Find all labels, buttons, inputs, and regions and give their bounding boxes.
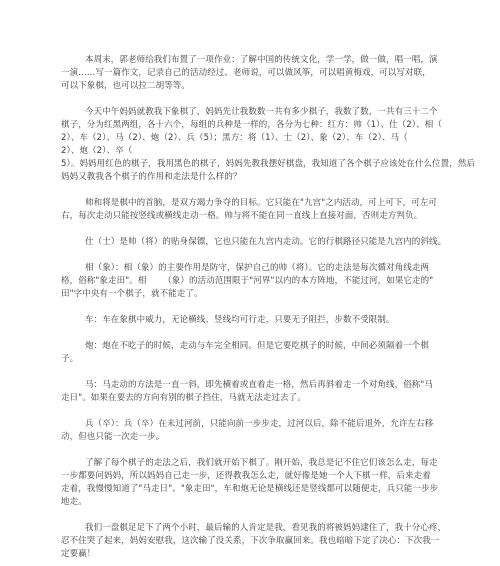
paragraph-playing: 了解了每个棋子的走法之后，我们就开始下棋了。刚开始，我总是记不住它们该怎么走，每… (61, 457, 462, 509)
text-line: 妈妈又教我各个棋子的作用和走法是什么样的？ (61, 171, 462, 184)
text-line: 2）、炮（2）、卒（ (61, 145, 462, 158)
text-line: 本周末，郭老师给我们布置了一项作业：了解中国的传统文化，学一学，做一做，唱一唱，… (61, 54, 462, 67)
text-line: 我们一盘棋足足下了两个小时，最后输的人肯定是我，看见我的将被妈妈逮住了，我十分心… (61, 522, 462, 535)
text-line: 今天中午妈妈就教我下象棋了，妈妈先让我数数一共有多少棋子，我数了数，一共有三十二… (61, 106, 462, 119)
paragraph-elephant: 相（象）：相（象）的主要作用是防守，保护自己的帅（将）。它的走法是每次循对角线走… (61, 262, 462, 301)
document-page: 本周末，郭老师给我们布置了一项作业：了解中国的传统文化，学一学，做一做，唱一唱，… (0, 0, 500, 566)
text-line: 动，但也只能一次走一步。 (61, 431, 462, 444)
paragraph-soldier: 兵（卒）：兵（卒）在未过河前，只能向前一步步走，过河以后，除不能后退外，允许左右… (61, 418, 462, 444)
text-line: 了解了每个棋子的走法之后，我们就开始下棋了。刚开始，我总是记不住它们该怎么走，每… (61, 457, 462, 470)
text-line: 2）、车（2）、马（2）、炮（2）、兵（5）；黑方：将（1）、士（2）、象（2）… (61, 132, 462, 145)
paragraph-chariot: 车：车在象棋中威力，无论横线、竖线均可行走，只要无子阻拦，步数不受限制。 (61, 314, 462, 327)
text-line: 地走。 (61, 496, 462, 509)
text-line: 子。 (61, 353, 462, 366)
text-line: 马：马走动的方法是一直一斜，即先横着或直着走一格，然后再斜着走一个对角线，俗称"… (61, 379, 462, 392)
text-line: 棋子，分为红黑两组，各十六个，每组的兵种是一样的，各分为七种：红方：帅（1）、仕… (61, 119, 462, 132)
text-line: 5）。妈妈用红色的棋子，我用黑色的棋子，妈妈先教我摆好棋盘，我知道了各个棋子应该… (61, 158, 462, 171)
text-line: 可以下象棋，也可以拉二胡等等。 (61, 80, 462, 93)
text-line: 格，俗称"象走田"。相 （象）的活动范围限于"河界"以内的本方阵地，不能过河，如… (61, 275, 462, 288)
text-line: 田"字中央有一个棋子，就不能走了。 (61, 288, 462, 301)
paragraph-horse: 马：马走动的方法是一直一斜，即先横着或直着走一格，然后再斜着走一个对角线，俗称"… (61, 379, 462, 405)
text-line: 一演……写一篇作文，记录自己的活动经过。老师说，可以做风筝，可以唱黄梅戏，可以写… (61, 67, 462, 80)
text-line: 走日"。如果在要去的方向有别的棋子挡住，马就无法走过去了。 (61, 392, 462, 405)
text-line: 帅和将是棋中的首脑，是双方竭力争夺的目标。它只能在"九宫"之内活动，可上可下，可… (61, 197, 462, 210)
text-line: 走着，我慢慢知道了"马走日"、"象走田"，车和炮无论是横线还是竖线都可以随便走，… (61, 483, 462, 496)
text-line: 相（象）：相（象）的主要作用是防守，保护自己的帅（将）。它的走法是每次循对角线走… (61, 262, 462, 275)
text-line: 忍不住哭了起来，妈妈安慰我，这次输了没关系，下次争取赢回来。我也暗暗下定了决心：… (61, 535, 462, 548)
text-line: 一步都要问妈妈，所以妈妈自己走一步，还得教我怎么走，就好像是她一个人下棋一样，后… (61, 470, 462, 483)
text-line: 定要赢！ (61, 548, 462, 561)
paragraph-pieces-count: 今天中午妈妈就教我下象棋了，妈妈先让我数数一共有多少棋子，我数了数，一共有三十二… (61, 106, 462, 184)
paragraph-cannon: 炮：炮在不吃子的时候，走动与车完全相同。但是它要吃棋子的时候，中间必须隔着一个棋… (61, 340, 462, 366)
text-line: 仕（士）是帅（将）的贴身保镖，它也只能在九宫内走动。它的行棋路径只能是九宫内的斜… (61, 236, 462, 249)
text-line: 右，每次走动只能按竖线或横线走动一格。帅与将不能在同一直线上直接对面，否则走方判… (61, 210, 462, 223)
text-line: 炮：炮在不吃子的时候，走动与车完全相同。但是它要吃棋子的时候，中间必须隔着一个棋 (61, 340, 462, 353)
text-line: 车：车在象棋中威力，无论横线、竖线均可行走，只要无子阻拦，步数不受限制。 (61, 314, 462, 327)
text-line: 兵（卒）：兵（卒）在未过河前，只能向前一步步走，过河以后，除不能后退外，允许左右… (61, 418, 462, 431)
paragraph-general-king: 帅和将是棋中的首脑，是双方竭力争夺的目标。它只能在"九宫"之内活动，可上可下，可… (61, 197, 462, 223)
paragraph-conclusion: 我们一盘棋足足下了两个小时，最后输的人肯定是我，看见我的将被妈妈逮住了，我十分心… (61, 522, 462, 561)
paragraph-intro: 本周末，郭老师给我们布置了一项作业：了解中国的传统文化，学一学，做一做，唱一唱，… (61, 54, 462, 93)
paragraph-advisor: 仕（士）是帅（将）的贴身保镖，它也只能在九宫内走动。它的行棋路径只能是九宫内的斜… (61, 236, 462, 249)
